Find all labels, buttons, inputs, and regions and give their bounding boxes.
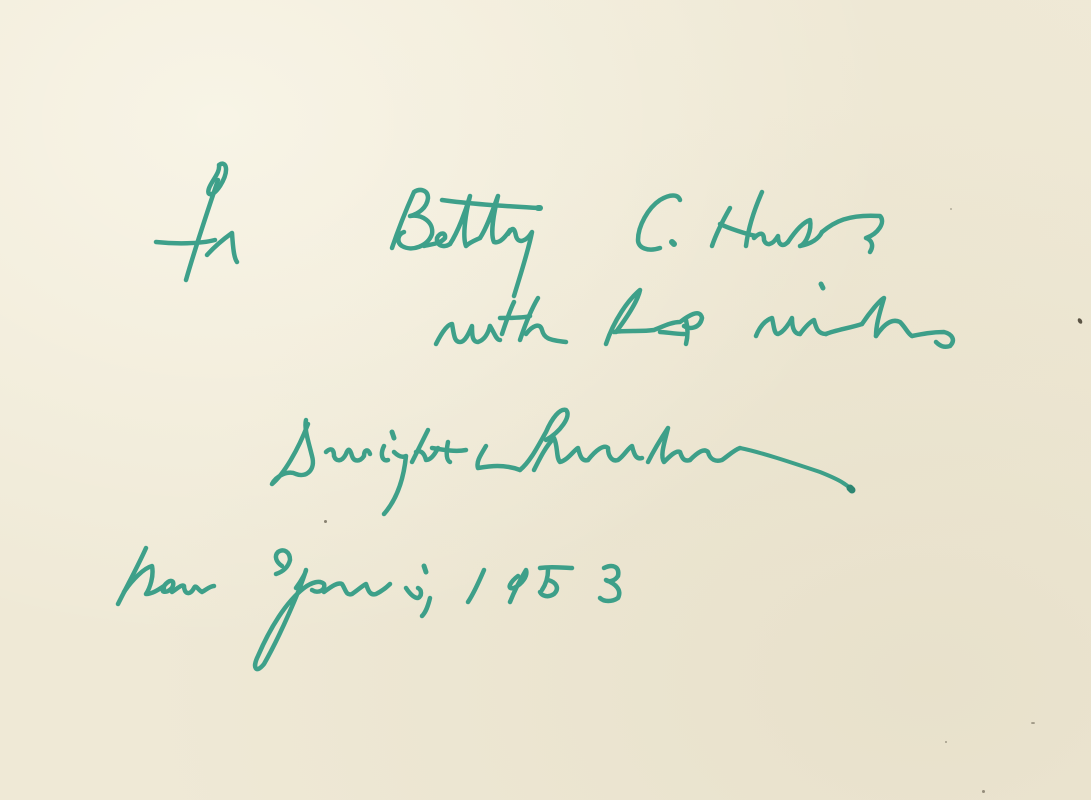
paper-speck	[945, 741, 947, 743]
paper-speck	[1031, 722, 1035, 724]
handwriting-ink	[0, 0, 1091, 800]
word-initial-c	[638, 196, 680, 250]
word-for	[156, 164, 237, 280]
word-hull	[712, 192, 882, 252]
date-line	[118, 548, 619, 669]
word-wishes	[756, 284, 953, 347]
paper-speck	[982, 790, 985, 793]
paper-speck	[324, 520, 327, 523]
word-best	[606, 290, 702, 344]
inscription-page: For Betty C. Hull with best wishes Dwigh…	[0, 0, 1091, 800]
word-betty	[392, 190, 540, 296]
paper-speck	[950, 208, 952, 210]
signature-eisenhower	[272, 410, 852, 514]
word-with	[436, 298, 566, 344]
